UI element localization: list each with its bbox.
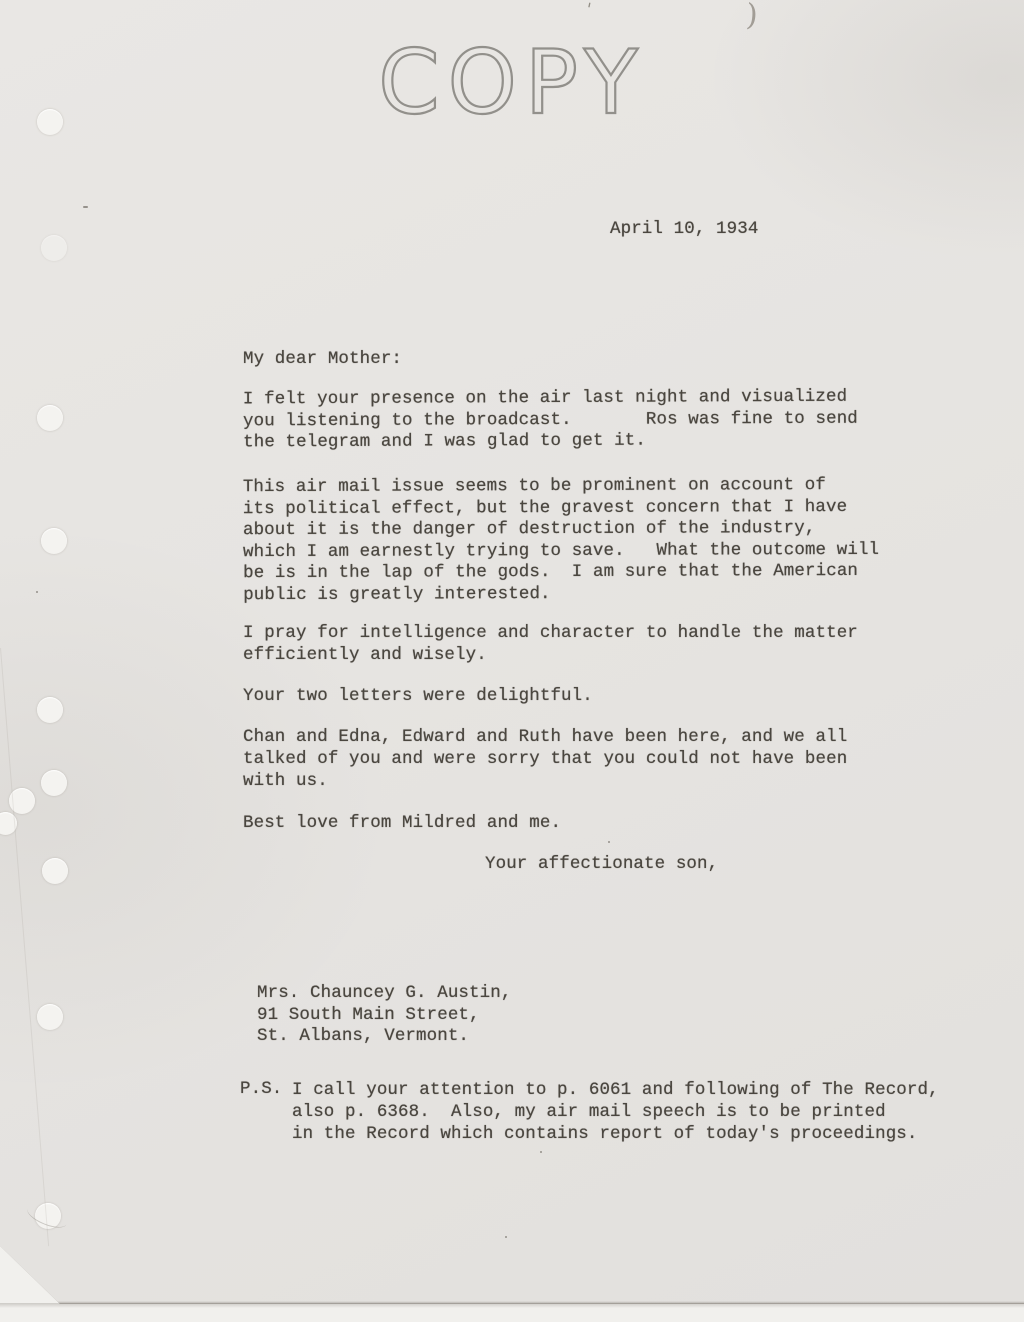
letter-date: April 10, 1934	[610, 219, 758, 241]
salutation: My dear Mother:	[243, 349, 402, 371]
paragraph-5: Chan and Edna, Edward and Ruth have been…	[243, 726, 847, 793]
paper-edge-shadow	[0, 1303, 1024, 1308]
scanned-letter-page: COPY ' ) April 10, 1934 My dear Mother: …	[0, 0, 1024, 1322]
pen-mark-tick: '	[584, 0, 593, 20]
postscript-text: I call your attention to p. 6061 and fol…	[292, 1079, 939, 1145]
speck	[36, 591, 38, 593]
punch-hole	[41, 770, 67, 796]
paragraph-2: This air mail issue seems to be prominen…	[243, 475, 880, 607]
speck	[505, 1236, 507, 1238]
recipient-address: Mrs. Chauncey G. Austin, 91 South Main S…	[257, 983, 511, 1048]
paper-crease	[0, 648, 49, 1246]
punch-hole	[41, 235, 67, 261]
punch-hole	[37, 109, 63, 135]
punch-hole	[37, 405, 63, 431]
copy-stamp-text: COPY	[378, 40, 646, 134]
speck	[540, 1151, 542, 1153]
corner-fold-crease	[0, 1245, 60, 1305]
punch-hole	[37, 697, 63, 723]
copy-stamp: COPY	[352, 40, 672, 150]
speck	[608, 841, 610, 843]
punch-hole	[42, 858, 68, 884]
postscript-label: P.S.	[240, 1079, 282, 1101]
paragraph-1: I felt your presence on the air last nig…	[243, 387, 858, 454]
punch-hole	[41, 528, 67, 554]
closing-line: Your affectionate son,	[485, 854, 718, 876]
speck	[83, 206, 88, 208]
punch-hole	[37, 1004, 63, 1030]
corner-fold-highlight	[1, 1256, 55, 1302]
pen-mark-paren: )	[745, 0, 759, 33]
paragraph-4: Your two letters were delightful.	[243, 686, 593, 708]
paragraph-3: I pray for intelligence and character to…	[243, 623, 858, 666]
letter-paper: COPY ' ) April 10, 1934 My dear Mother: …	[0, 0, 1024, 1304]
paragraph-6: Best love from Mildred and me.	[243, 813, 561, 835]
